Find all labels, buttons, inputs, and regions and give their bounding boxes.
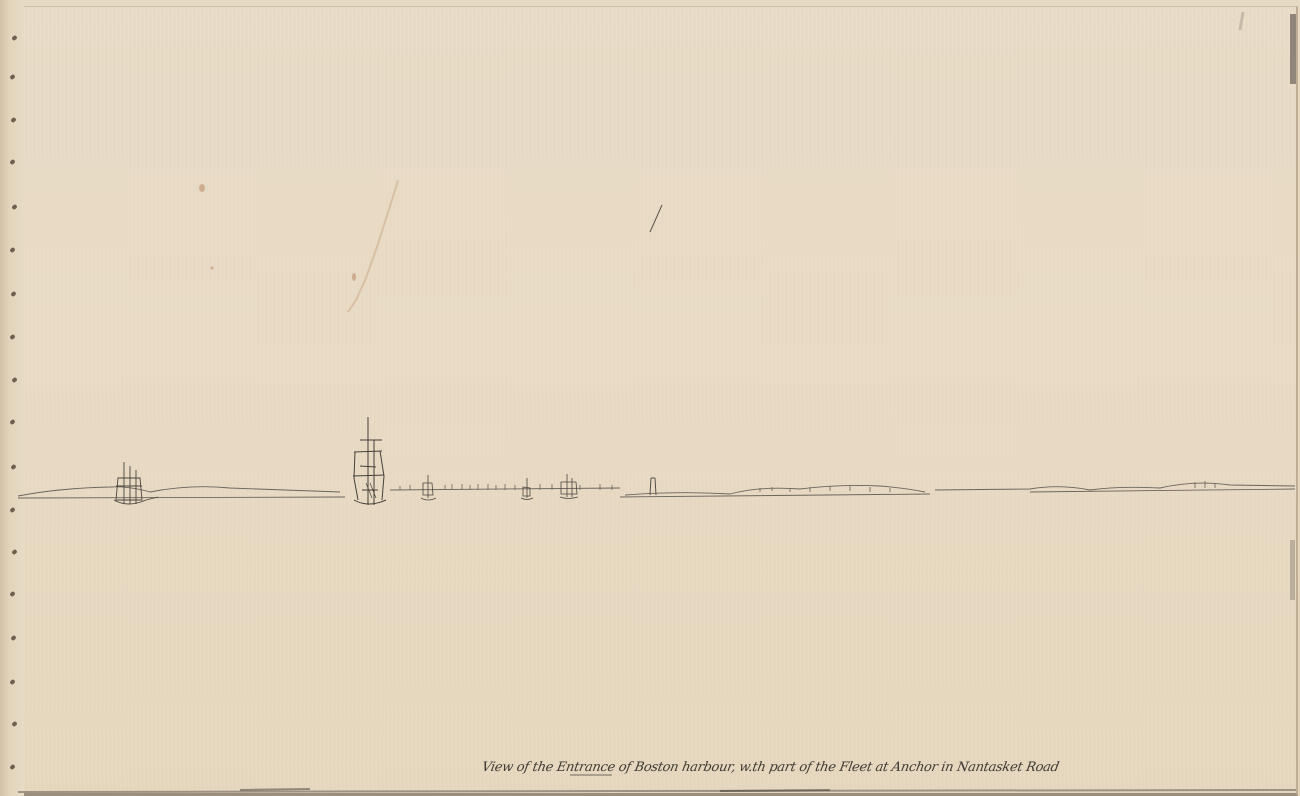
ship-icon xyxy=(421,475,436,500)
foxing-stains xyxy=(199,180,398,312)
scanned-sheet: View of the Entrance of Boston harbour, … xyxy=(0,0,1300,796)
bottom-edge xyxy=(18,790,1296,792)
drawing-caption: View of the Entrance of Boston harbour, … xyxy=(481,760,1044,775)
pencil-drawing xyxy=(0,0,1300,796)
top-right-smudge xyxy=(1240,12,1296,84)
right-edge-mark xyxy=(1290,540,1295,600)
ship-icon xyxy=(560,474,578,499)
lighthouse-icon xyxy=(650,478,656,495)
distant-treeline xyxy=(400,481,1215,492)
coastline xyxy=(18,483,1295,498)
pencil-stroke xyxy=(650,205,662,232)
ship-icon xyxy=(353,417,386,505)
